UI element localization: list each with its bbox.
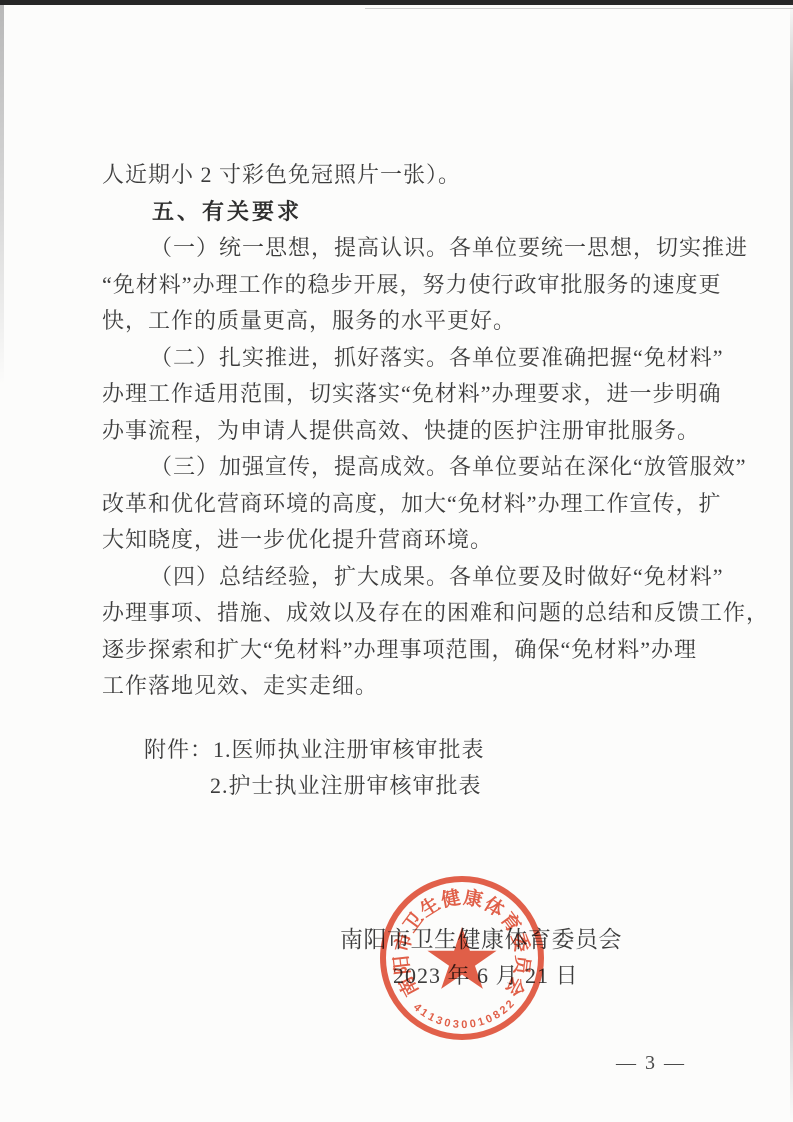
text-line: 附件：1.医师执业注册审核审批表	[102, 732, 717, 769]
text-line: 改革和优化营商环境的高度，加大“免材料”办理工作宣传，扩	[102, 486, 717, 523]
text-line: （三）加强宣传，提高成效。各单位要站在深化“放管服效”	[102, 449, 717, 486]
scan-edge-top	[0, 0, 793, 5]
text-line: （四）总结经验，扩大成果。各单位要及时做好“免材料”	[102, 559, 717, 596]
text-line: 办理事项、措施、成效以及存在的困难和问题的总结和反馈工作，	[102, 595, 717, 632]
text-line: 人近期小 2 寸彩色免冠照片一张）。	[102, 157, 717, 194]
text-line: 办理工作适用范围，切实落实“免材料”办理要求，进一步明确	[102, 376, 717, 413]
scan-edge-left	[0, 5, 4, 385]
text-line: 工作落地见效、走实走细。	[102, 668, 717, 705]
text-line: （二）扎实推进，抓好落实。各单位要准确把握“免材料”	[102, 340, 717, 377]
text-line: 办事流程，为申请人提供高效、快捷的医护注册审批服务。	[102, 413, 717, 450]
text-line: 2.护士执业注册审核审批表	[102, 768, 717, 805]
text-line: 大知晓度，进一步优化提升营商环境。	[102, 522, 717, 559]
text-line: （一）统一思想，提高认识。各单位要统一思想，切实推进	[102, 230, 717, 267]
text-line: 逐步探索和扩大“免材料”办理事项范围，确保“免材料”办理	[102, 632, 717, 669]
document-page: 人近期小 2 寸彩色免冠照片一张）。五、有关要求（一）统一思想，提高认识。各单位…	[0, 0, 793, 1122]
seal-arc-char: 健	[438, 887, 464, 913]
official-seal: 南阳市卫生健康体育委员会 4113030010822	[378, 874, 546, 1042]
page-number: — 3 —	[616, 1052, 686, 1075]
text-line: 快，工作的质量更高，服务的水平更好。	[102, 303, 717, 340]
text-line: “免材料”办理工作的稳步开展，努力使行政审批服务的速度更	[102, 267, 717, 304]
scan-artifact-line	[365, 8, 793, 9]
section-heading: 五、有关要求	[102, 194, 717, 231]
document-body-lines: 人近期小 2 寸彩色免冠照片一张）。五、有关要求（一）统一思想，提高认识。各单位…	[102, 157, 717, 805]
